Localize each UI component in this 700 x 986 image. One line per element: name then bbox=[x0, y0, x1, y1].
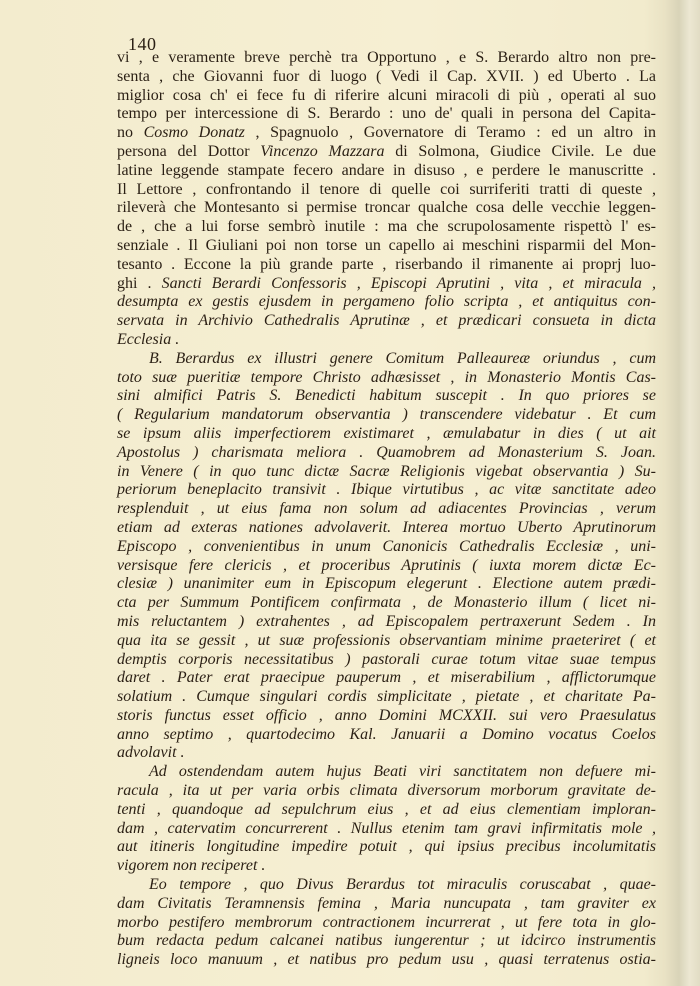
text-line: qua ita se gessit , ut suæ professionis … bbox=[117, 632, 656, 651]
italic-text: Sancti Berardi Confessoris , Episcopi Ap… bbox=[162, 275, 656, 292]
italic-text: Cosmo Donatz bbox=[144, 124, 245, 141]
text-line: persona del Dottor Vincenzo Mazzara di S… bbox=[117, 143, 656, 162]
scanned-book-page: 140 vi , e veramente breve perchè tra Op… bbox=[0, 0, 700, 986]
text-line: miglior cosa ch' ei fece fu di riferire … bbox=[117, 87, 656, 106]
text-line: Eo tempore , quo Divus Berardus tot mira… bbox=[117, 876, 656, 895]
text-line: ghi . Sancti Berardi Confessoris , Episc… bbox=[117, 275, 656, 294]
text-line: desumpta ex gestis ejusdem in pergameno … bbox=[117, 293, 656, 312]
text-line: demptis corporis necessitatibus ) pastor… bbox=[117, 651, 656, 670]
text-line: morbo pestifero membrorum contractionem … bbox=[117, 914, 656, 933]
roman-text: ghi . bbox=[117, 275, 162, 292]
italic-text: Vincenzo Mazzara bbox=[260, 143, 384, 160]
text-line: periorum beneplacito transivit . Ibique … bbox=[117, 481, 656, 500]
text-line: de , che a lui forse sembrò inutile : ma… bbox=[117, 218, 656, 237]
roman-text: persona del Dottor bbox=[117, 143, 260, 160]
text-line: no Cosmo Donatz , Spagnuolo , Governator… bbox=[117, 124, 656, 143]
text-line: Il Lettore , confrontando il tenore di q… bbox=[117, 181, 656, 200]
text-line: dam , catervatim concurrerent . Nullus e… bbox=[117, 820, 656, 839]
text-line: storis functus esset officio , anno Domi… bbox=[117, 707, 656, 726]
text-line: dam Civitatis Teramnensis femina , Maria… bbox=[117, 895, 656, 914]
text-line: bum redacta pedum calcanei natibus iunge… bbox=[117, 932, 656, 951]
text-line: Ad ostendendam autem hujus Beati viri sa… bbox=[117, 763, 656, 782]
text-line: toto suæ pueritiæ tempore Christo adhæsi… bbox=[117, 369, 656, 388]
text-line: senta , che Giovanni fuor di luogo ( Ved… bbox=[117, 68, 656, 87]
text-line: in Venere ( in quo tunc dictæ Sacræ Reli… bbox=[117, 463, 656, 482]
text-line: clesiæ ) unanimiter eum in Episcopum ele… bbox=[117, 575, 656, 594]
roman-text: no bbox=[117, 124, 144, 141]
text-line: servata in Archivio Cathedralis Aprutinæ… bbox=[117, 312, 656, 331]
text-line: cta per Summum Pontificem confirmata , d… bbox=[117, 594, 656, 613]
text-line: Ecclesia . bbox=[117, 331, 656, 350]
text-line: solatium . Cumque singulari cordis simpl… bbox=[117, 688, 656, 707]
roman-text: , Spagnuolo , Governatore di Teramo : ed… bbox=[245, 124, 656, 141]
text-line: B. Berardus ex illustri genere Comitum P… bbox=[117, 350, 656, 369]
text-line: vigorem non reciperet . bbox=[117, 857, 656, 876]
text-line: ( Regularium mandatorum observantia ) tr… bbox=[117, 406, 656, 425]
text-line: versisque fere clericis , et proceribus … bbox=[117, 557, 656, 576]
text-line: latine leggende stampate fecero andare i… bbox=[117, 162, 656, 181]
text-line: rileverà che Montesanto si permise tronc… bbox=[117, 199, 656, 218]
text-line: senziale . Il Giuliani poi non torse un … bbox=[117, 237, 656, 256]
text-line: etiam ad exteras nationes advolaverit. I… bbox=[117, 519, 656, 538]
text-line: mis reluctantem ) extrahentes , ad Episc… bbox=[117, 613, 656, 632]
text-line: ligneis loco manuum , et natibus pro ped… bbox=[117, 951, 656, 970]
text-line: tesanto . Eccone la più grande parte , r… bbox=[117, 256, 656, 275]
text-line: vi , e veramente breve perchè tra Opport… bbox=[117, 49, 656, 68]
text-line: sini almifici Patris S. Benedicti habitu… bbox=[117, 387, 656, 406]
text-line: Apostolus ) charismata meliora . Quamobr… bbox=[117, 444, 656, 463]
text-line: resplenduit , ut eius fama non solum ad … bbox=[117, 500, 656, 519]
text-line: se ipsum aliis imperfectiorem existimare… bbox=[117, 425, 656, 444]
text-line: anno septimo , quartodecimo Kal. Januari… bbox=[117, 726, 656, 745]
text-line: aut itineris longitudine impedire potuit… bbox=[117, 838, 656, 857]
text-line: tempo per intercessione di S. Berardo : … bbox=[117, 105, 656, 124]
text-line: Episcopo , convenientibus in unum Canoni… bbox=[117, 538, 656, 557]
roman-text: di Solmona, Giudice Civile. Le due bbox=[385, 143, 657, 160]
text-line: advolavit . bbox=[117, 744, 656, 763]
text-line: tenti , quandoque ad sepulchrum eius , e… bbox=[117, 801, 656, 820]
body-text: vi , e veramente breve perchè tra Opport… bbox=[117, 49, 656, 970]
text-line: racula , ita ut per varia orbis climata … bbox=[117, 782, 656, 801]
text-line: daret . Pater erat praecipue pauperum , … bbox=[117, 669, 656, 688]
